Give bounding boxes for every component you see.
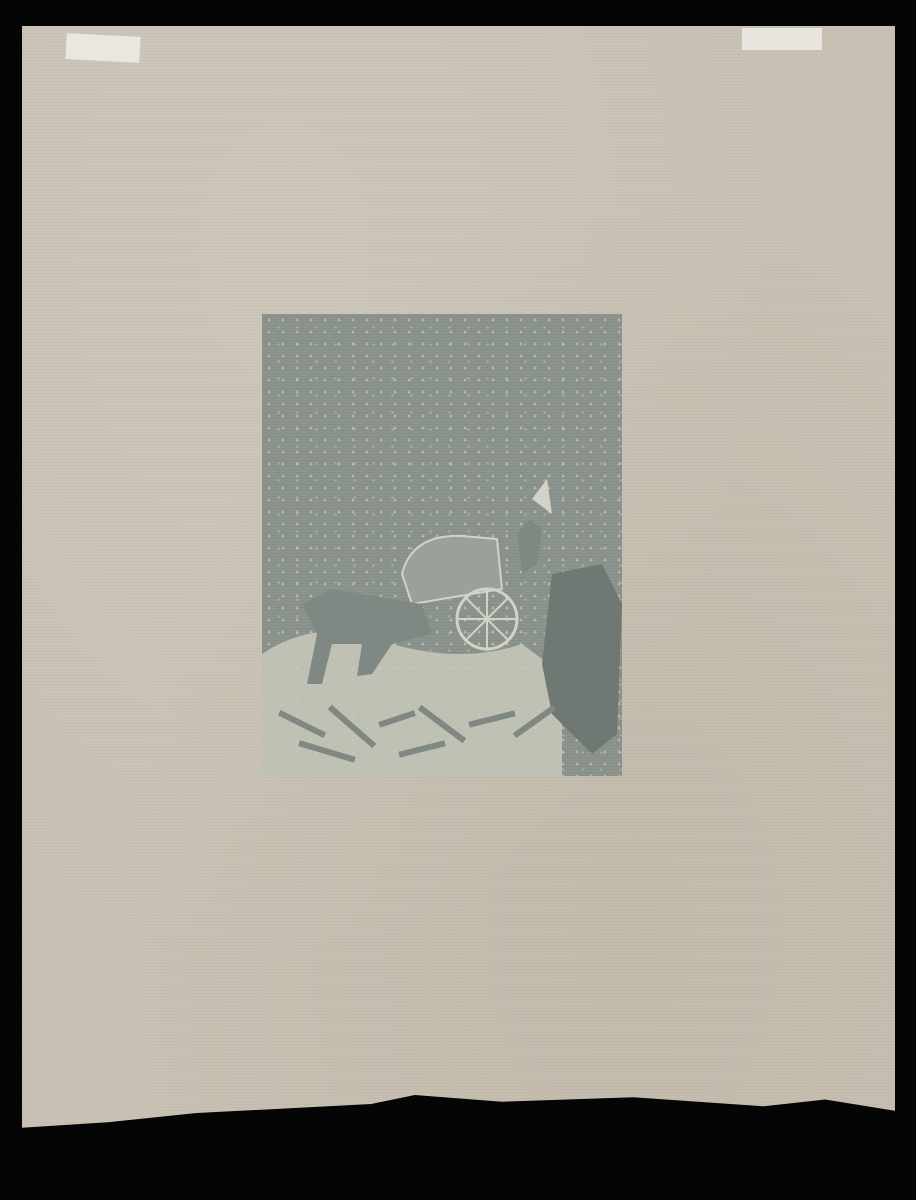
woodblock-print — [262, 314, 622, 776]
tape-strip-left — [65, 33, 140, 63]
tape-strip-right — [742, 28, 822, 50]
print-scene — [262, 314, 622, 776]
